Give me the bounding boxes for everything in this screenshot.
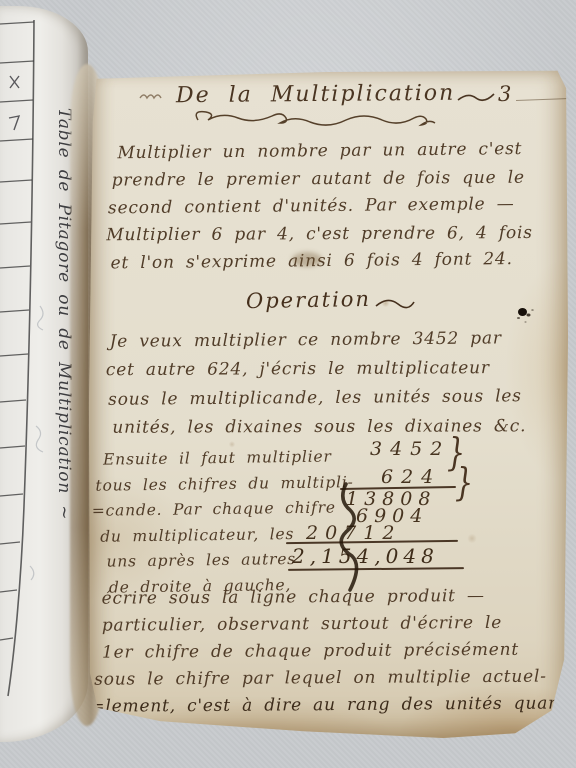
text-line: sous le multiplicande, les unités sous l… — [108, 382, 522, 415]
page-title: De la Multiplication — [176, 81, 456, 108]
paragraph-rules: écrire sous la ligne chaque produit — pa… — [102, 582, 576, 720]
multiplicand: 3452 — [370, 438, 450, 460]
title-flourish — [192, 110, 442, 128]
ink-blot — [518, 308, 527, 316]
operation-heading: Operation — [246, 287, 371, 313]
page-number: 3 — [498, 82, 512, 106]
brace: } — [455, 460, 473, 504]
operation-flourish — [374, 298, 416, 312]
text-line: Je veux multiplier ce nombre 3452 par — [110, 324, 524, 357]
text-line: cet autre 624, j'écris le multiplicateur — [106, 354, 520, 385]
text-line: particulier, observant surtout d'écrire … — [102, 609, 576, 639]
text-line: second contient d'unités. Par exemple — — [108, 191, 535, 223]
text-line: écrire sous la ligne chaque produit — — [102, 582, 576, 612]
text-line: =lement, c'est à dire au rang des unités… — [90, 690, 571, 720]
multiplier: 624 — [381, 466, 441, 488]
table-cell-marks — [9, 76, 19, 130]
text-line: sous le chifre par lequel on multiplie a… — [94, 663, 575, 693]
page-number-flourish — [456, 90, 496, 104]
ghost-writing — [30, 306, 43, 580]
product-rule-bottom — [288, 567, 464, 571]
paragraph-intro: Multiplier un nombre par un autre c'est … — [117, 136, 545, 278]
text-line: =cande. Par chaque chifre — [92, 495, 355, 524]
ink-flourish — [332, 482, 360, 592]
text-line: Ensuite il faut multiplier — [103, 444, 354, 473]
photo-background: Table de Pitagore ou de Multiplication ~… — [0, 0, 576, 768]
top-ruled-line — [516, 98, 570, 101]
product: 2,154,048 — [292, 544, 439, 568]
text-line: prendre le premier autant de fois que le — [112, 164, 539, 194]
manuscript-page: De la Multiplication 3 Multiplier un nom… — [88, 68, 568, 740]
paper-stain — [292, 252, 322, 267]
paragraph-setup: Je veux multiplier ce nombre 3452 par ce… — [110, 324, 525, 444]
text-line: et l'on s'exprime ainsi 6 fois 4 font 24… — [110, 246, 537, 278]
text-line: Multiplier 6 par 4, c'est prendre 6, 4 f… — [106, 220, 533, 250]
text-line: 1er chifre de chaque produit précisément — [102, 636, 576, 666]
margin-scribble — [138, 90, 168, 104]
text-line: tous les chifres du multipli- — [95, 470, 354, 499]
text-line: Multiplier un nombre par un autre c'est — [117, 136, 544, 168]
